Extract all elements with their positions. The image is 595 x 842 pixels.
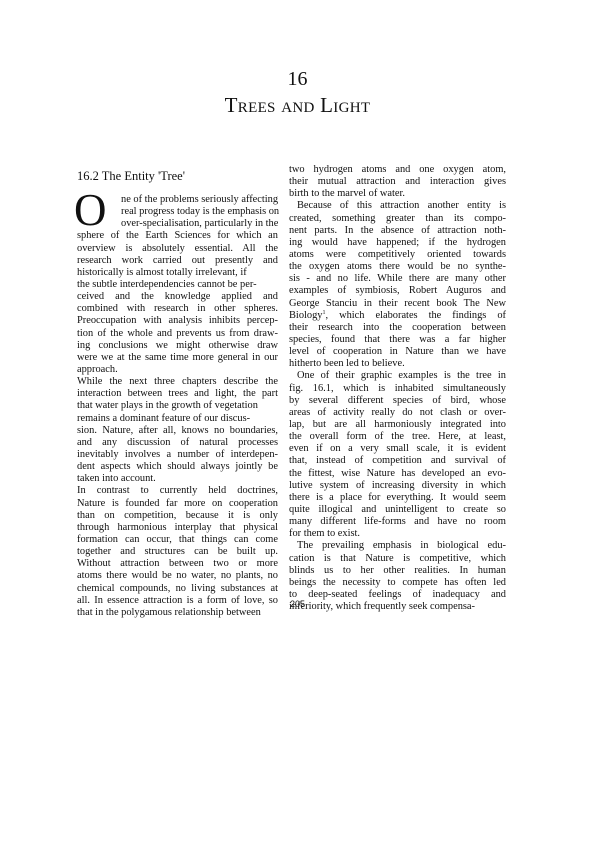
text-line: Nature is founded far more on cooperatio… (77, 498, 278, 510)
text-line: their research into the cooperation betw… (289, 322, 506, 334)
text-line: were we at the same time more general in… (77, 352, 278, 364)
text-line: tion of the whole and prevents us from d… (77, 328, 278, 340)
text-line: ne of the problems seriously affecting (77, 194, 278, 206)
text-line: real progress today is the emphasis on (77, 206, 278, 218)
text-line: cation is that Nature is competitive, wh… (289, 553, 506, 565)
text-line: beings the necessity to compete has ofte… (289, 577, 506, 589)
text-line: over-specialisation, particularly in the (77, 218, 278, 230)
text-line: that water plays in the growth of vegeta… (77, 400, 278, 412)
text-line: ceived and the knowledge applied and (77, 291, 278, 303)
text-line: even if on a very small scale, it is evi… (289, 443, 506, 455)
text-line: species, found that there was a far high… (289, 334, 506, 346)
section-heading: 16.2 The Entity 'Tree' (77, 169, 185, 183)
text-line: hitherto been led to believe. (289, 358, 506, 370)
text-line: the subtle interdependencies cannot be p… (77, 279, 278, 291)
dropcap-paragraph: O ne of the problems seriously affecting… (77, 194, 278, 230)
text-line: atoms there would be no water, no plants… (77, 570, 278, 582)
text-line: Because of this attraction another entit… (289, 200, 506, 212)
text-line: the fittest, wise Nature has developed a… (289, 468, 506, 480)
text-line: overview is absolutely essential. All th… (77, 243, 278, 255)
text-line: areas of activity really do not clash or… (289, 407, 506, 419)
text-line: formation can occur, that things can com… (77, 534, 278, 546)
text-line: blinds us to her other realities. In hum… (289, 565, 506, 577)
text-line: for them to exist. (289, 528, 506, 540)
chapter-number: 16 (0, 68, 595, 90)
right-column: two hydrogen atoms and one oxygen atom, … (289, 164, 506, 613)
text-line: by several different species of bird, wh… (289, 395, 506, 407)
text-line: the oxygen atoms there would be no synth… (289, 261, 506, 273)
text-line: The prevailing emphasis in biological ed… (289, 540, 506, 552)
text-line: lutive system of increasing diversity in… (289, 480, 506, 492)
text-line: chemical compounds, no living substances… (77, 583, 278, 595)
text-line: many different life-forms and have no ro… (289, 516, 506, 528)
text-line: nent parts. In the absence of attraction… (289, 225, 506, 237)
text-line: Without attraction between two or more (77, 558, 278, 570)
text-line: dent aspects which should always jointly… (77, 461, 278, 473)
text-line: George Stanciu in their recent book The … (289, 298, 506, 310)
chapter-title: Trees and Light (0, 93, 595, 117)
text-line: through harmonious interplay that physic… (77, 522, 278, 534)
text-line: While the next three chapters describe t… (77, 376, 278, 388)
text-line: In contrast to currently held doctrines, (77, 485, 278, 497)
text-line: and any discussion of natural processes (77, 437, 278, 449)
text-line: Preoccupation with analysis inhibits per… (77, 315, 278, 327)
text-line: sphere of the Earth Sciences for which a… (77, 230, 278, 242)
text-line: their mutual attraction and interaction … (289, 176, 506, 188)
text-line: that, instead of competition and surviva… (289, 455, 506, 467)
left-column: O ne of the problems seriously affecting… (77, 194, 278, 619)
text-line: there is a place for everything. It woul… (289, 492, 506, 504)
page-number: 205 (0, 599, 595, 609)
text-line: birth to the marvel of water. (289, 188, 506, 200)
text-line: lap, but are all harmoniously integrated… (289, 419, 506, 431)
text-line: together and structures can be built up. (77, 546, 278, 558)
text-line: examples of symbiosis, Robert Auguros an… (289, 285, 506, 297)
text-line: than on competition, because it is only (77, 510, 278, 522)
text-line: sion. Nature, after all, knows no bounda… (77, 425, 278, 437)
dropcap-letter: O (74, 190, 107, 230)
text-line: level of cooperation in Nature than we h… (289, 346, 506, 358)
text-line: taken into account. (77, 473, 278, 485)
text-line: combined with research in other spheres. (77, 303, 278, 315)
text-line: quite illogical and unintelligent to cre… (289, 504, 506, 516)
line-tail: , which elaborates the findings of (326, 310, 507, 321)
text-line: fig. 16.1, which is inhabited simultaneo… (289, 383, 506, 395)
text-line: the overall form of the tree. Here, at l… (289, 431, 506, 443)
text-line: remains a dominant feature of our discus… (77, 413, 278, 425)
text-line: sis - and no life. While there are many … (289, 273, 506, 285)
text-line: atoms were competitively oriented toward… (289, 249, 506, 261)
text-line: ing would have happened; if the hydrogen (289, 237, 506, 249)
text-line: ing conclusions we might otherwise draw (77, 340, 278, 352)
text-line: historically is almost totally irrelevan… (77, 267, 278, 279)
text-line: interaction between trees and light, the… (77, 388, 278, 400)
book-title-fragment: Biology (289, 310, 323, 321)
text-line: created, something greater than its comp… (289, 213, 506, 225)
text-line: inevitably involves a number of interdep… (77, 449, 278, 461)
text-line-with-footnote: Biology1, which elaborates the findings … (289, 310, 506, 322)
text-line: research work carried out presently and (77, 255, 278, 267)
text-line: One of their graphic examples is the tre… (289, 370, 506, 382)
text-line: approach. (77, 364, 278, 376)
text-line: two hydrogen atoms and one oxygen atom, (289, 164, 506, 176)
